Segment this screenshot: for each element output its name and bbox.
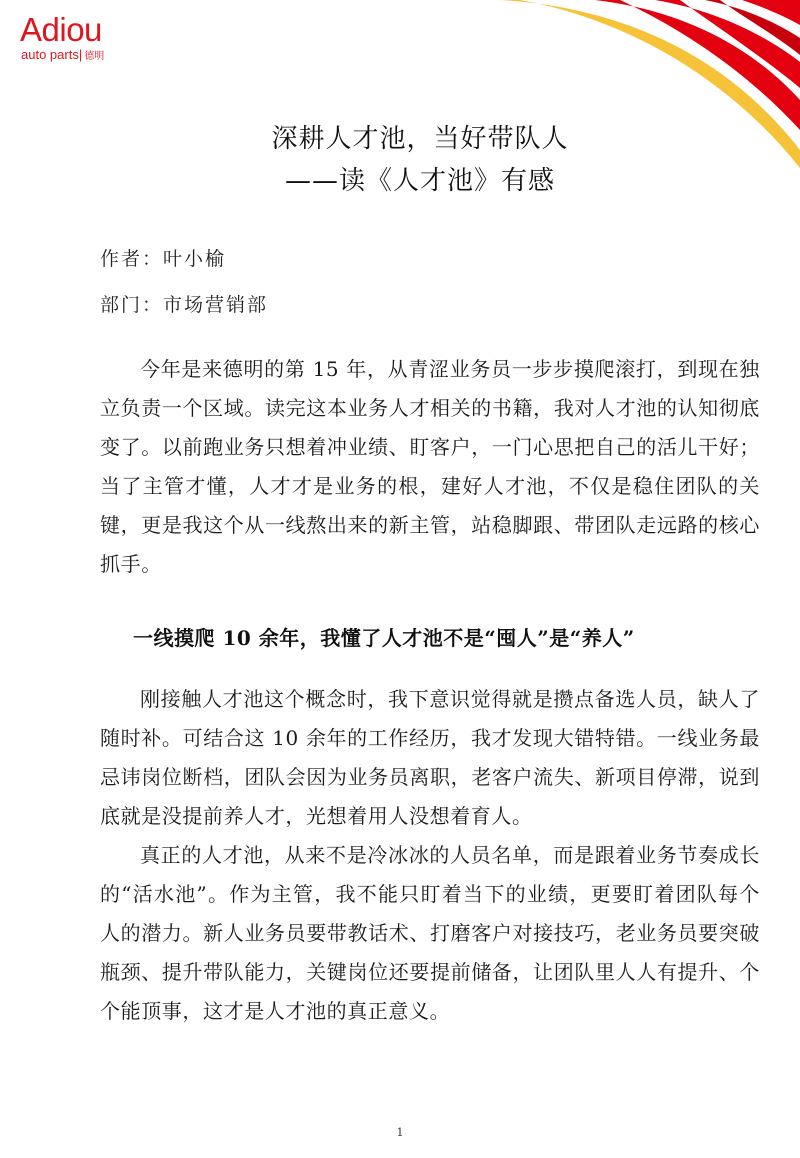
paragraph: 刚接触人才池这个概念时，我下意识觉得就是攒点备选人员，缺人了随时补。可结合这 1… — [100, 680, 760, 836]
paragraph: 今年是来德明的第 15 年，从青涩业务员一步步摸爬滚打，到现在独立负责一个区域。… — [100, 350, 760, 584]
department-line: 部门：市场营销部 — [100, 290, 268, 317]
logo-brand-text: Adiou — [20, 12, 102, 48]
logo-separator: | — [79, 47, 82, 62]
document-page: Adiou auto parts|德明 深耕人才池，当好带队人 ——读《人才池》… — [0, 0, 800, 1158]
page-number: 1 — [0, 1126, 800, 1139]
paragraph: 真正的人才池，从来不是冷冰冰的人员名单，而是跟着业务节奏成长的“活水池”。作为主… — [100, 836, 760, 1031]
author-line: 作者：叶小榆 — [100, 244, 226, 271]
document-subtitle: ——读《人才池》有感 — [0, 160, 800, 197]
intro-section: 今年是来德明的第 15 年，从青涩业务员一步步摸爬滚打，到现在独立负责一个区域。… — [100, 350, 760, 584]
logo-chinese-name: 德明 — [84, 51, 104, 62]
document-title: 深耕人才池，当好带队人 — [0, 118, 800, 155]
section-body: 刚接触人才池这个概念时，我下意识觉得就是攒点备选人员，缺人了随时补。可结合这 1… — [100, 680, 760, 836]
company-logo: Adiou auto parts|德明 — [10, 8, 150, 60]
logo-tagline-text: auto parts — [21, 47, 79, 62]
section-body-2: 真正的人才池，从来不是冷冰冰的人员名单，而是跟着业务节奏成长的“活水池”。作为主… — [100, 836, 760, 1031]
logo-tagline: auto parts|德明 — [21, 48, 104, 64]
section-heading: 一线摸爬 10 余年，我懂了人才池不是“囤人”是“养人” — [133, 622, 773, 651]
